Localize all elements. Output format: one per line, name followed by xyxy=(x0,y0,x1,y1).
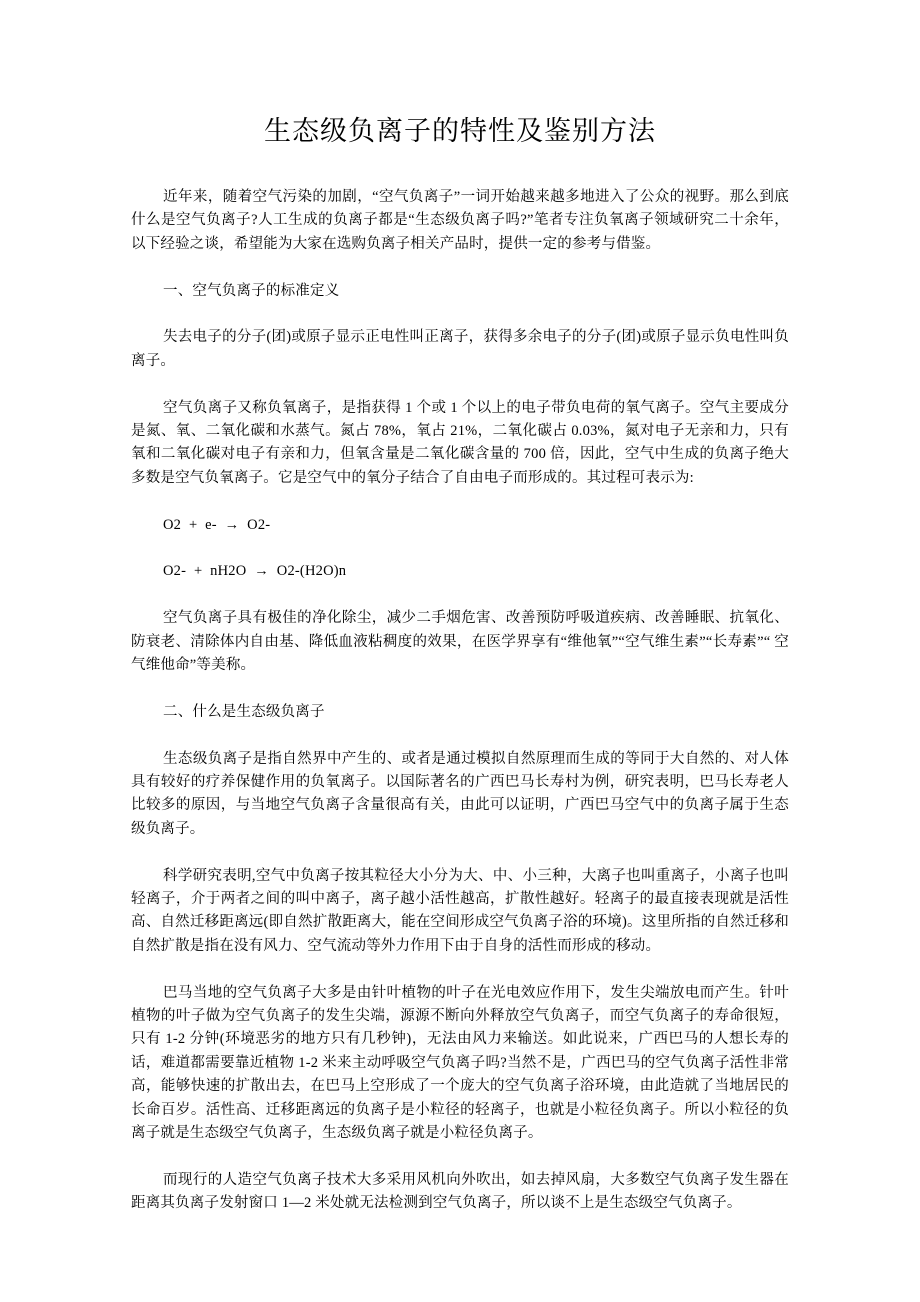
document-page: 生态级负离子的特性及鉴别方法 近年来，随着空气污染的加剧，“空气负离子”一词开始… xyxy=(0,0,920,1302)
paragraph-intro: 近年来，随着空气污染的加剧，“空气负离子”一词开始越来越多地进入了公众的视野。那… xyxy=(131,186,789,256)
paragraph-particle-size: 科学研究表明,空气中负离子按其粒径大小分为大、中、小三种，大离子也叫重离子，小离… xyxy=(131,865,789,959)
paragraph-artificial-ions: 而现行的人造空气负离子技术大多采用风机向外吹出，如去掉风扇，大多数空气负离子发生… xyxy=(131,1169,789,1216)
paragraph-bama-ions: 巴马当地的空气负离子大多是由针叶植物的叶子在光电效应作用下，发生尖端放电而产生。… xyxy=(131,982,789,1146)
paragraph-eco-definition: 生态级负离子是指自然界中产生的、或者是通过模拟自然原理而生成的等同于大自然的、对… xyxy=(131,748,789,842)
paragraph-air-composition: 空气负离子又称负氧离子，是指获得 1 个或 1 个以上的电子带负电荷的氧气离子。… xyxy=(131,397,789,491)
section-heading-2: 二、什么是生态级负离子 xyxy=(131,701,789,724)
section-heading-1: 一、空气负离子的标准定义 xyxy=(131,280,789,303)
formula-line-1: O2 + e- → O2- xyxy=(131,514,789,537)
paragraph-health-benefits: 空气负离子具有极佳的净化除尘，减少二手烟危害、改善预防呼吸道疾病、改善睡眠、抗氧… xyxy=(131,607,789,677)
document-title: 生态级负离子的特性及鉴别方法 xyxy=(131,112,789,150)
formula-line-2: O2- + nH2O → O2-(H2O)n xyxy=(131,560,789,583)
paragraph-ion-definition: 失去电子的分子(团)或原子显示正电性叫正离子，获得多余电子的分子(团)或原子显示… xyxy=(131,326,789,373)
